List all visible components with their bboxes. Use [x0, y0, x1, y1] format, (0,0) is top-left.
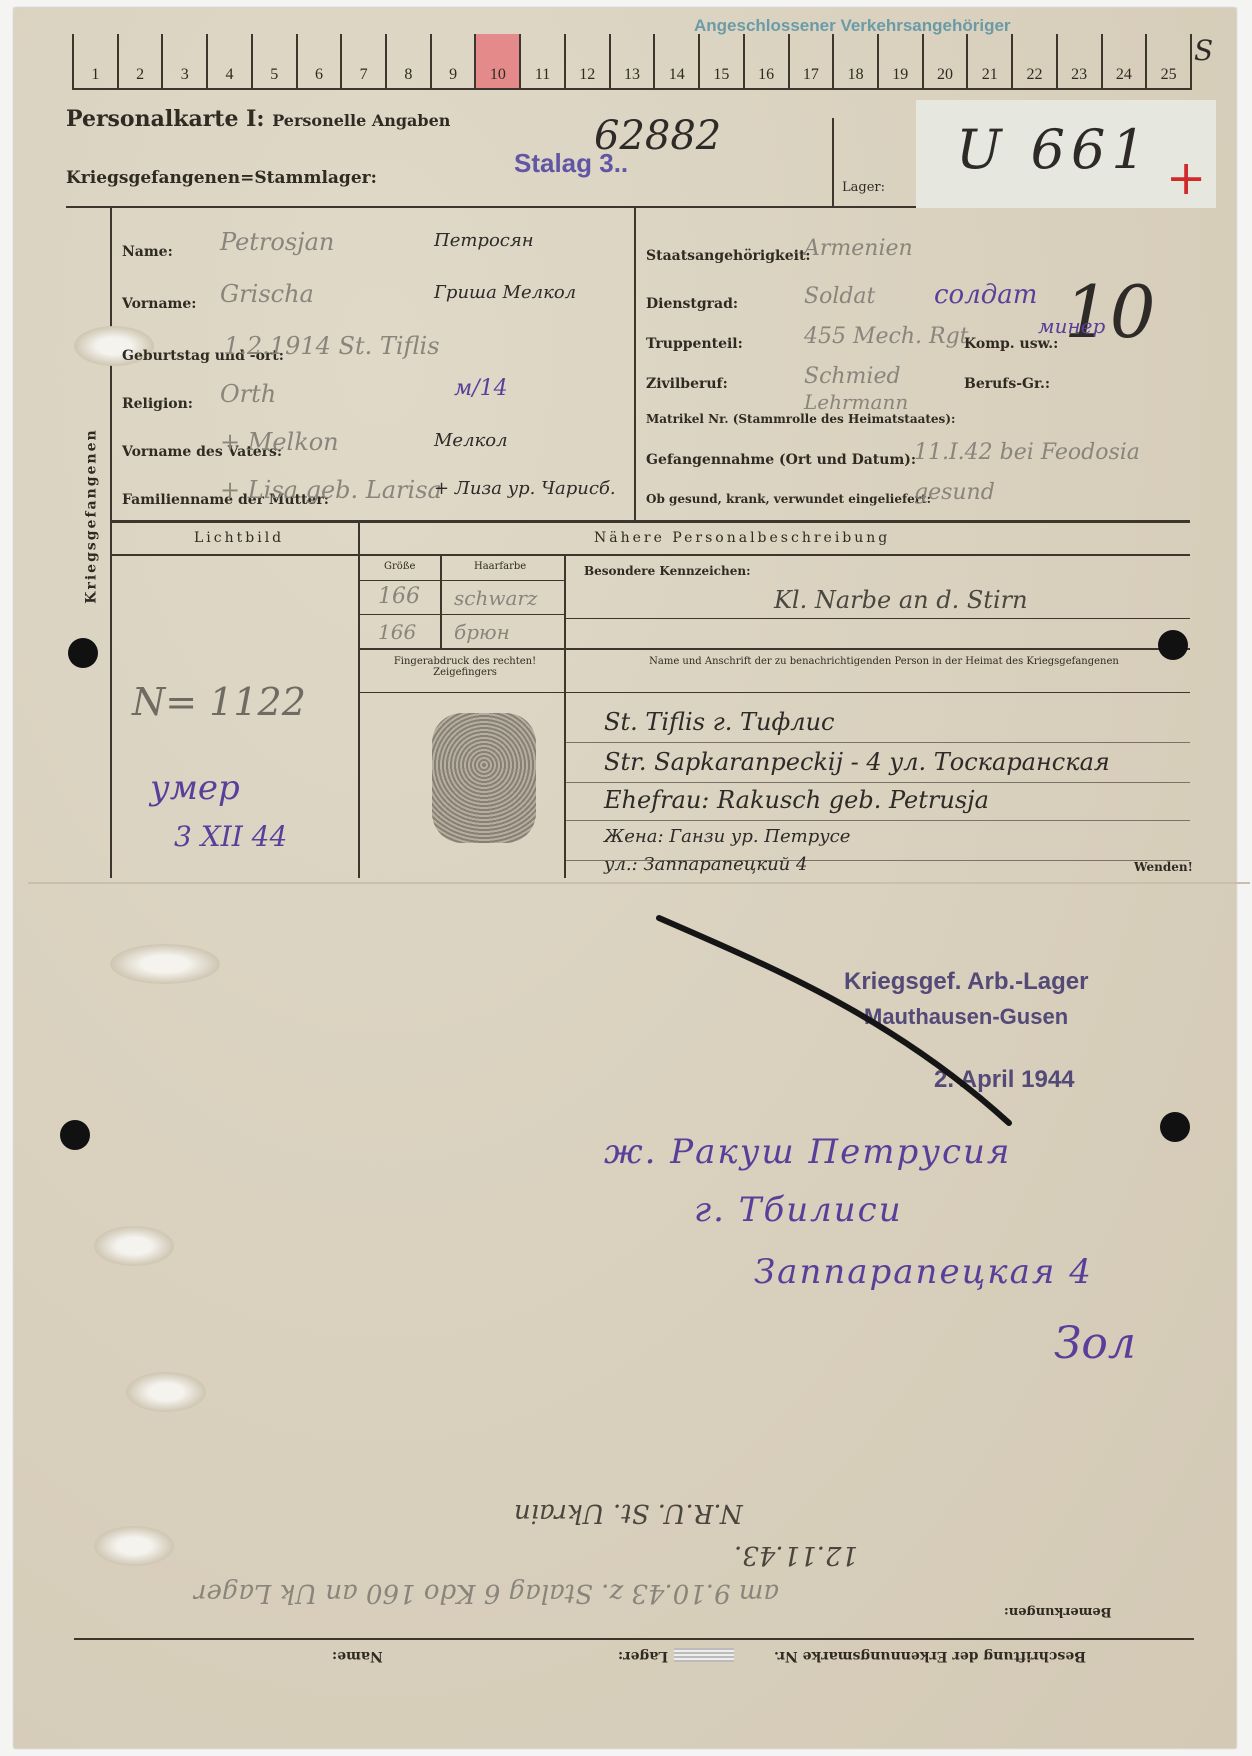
strip-cell-19: 19 [877, 34, 922, 88]
field-value: Petrosjan [220, 228, 334, 256]
field-label: Truppenteil: [646, 336, 743, 352]
height-value: 166 [378, 584, 420, 609]
header-rule [66, 206, 916, 208]
strip-cell-12: 12 [564, 34, 609, 88]
violet-line: Заппарапецкая 4 [754, 1252, 1093, 1292]
field-label: Name: [122, 244, 173, 260]
personnel-card: 1234567891011121314151617181920212223242… [14, 8, 1236, 1748]
fingerprint-image [432, 713, 536, 843]
paper-tear [94, 1226, 174, 1266]
desc-grid-1 [360, 580, 564, 581]
desc-grid-3 [360, 648, 1190, 650]
strip-cell-20: 20 [922, 34, 967, 88]
field-value: Armenien [804, 236, 913, 261]
remarks-value: am 9.10.43 z. Stalag 6 Kdo 160 an Uk Lag… [194, 1578, 779, 1608]
strip-cell-5: 5 [251, 34, 296, 88]
stammlager-label: Kriegsgefangenen=Stammlager: [66, 168, 377, 188]
strip-cell-9: 9 [430, 34, 475, 88]
lager-label: Lager: [842, 180, 885, 195]
contact-label: Name und Anschrift der zu benachrichtige… [614, 656, 1154, 667]
field-value: + Melkon [220, 428, 339, 456]
subtitle-text: Personelle Angaben [272, 111, 450, 130]
hair-value: schwarz [454, 586, 538, 610]
contact-rule [566, 820, 1190, 821]
field-note: Lehrmann [804, 390, 908, 414]
contact-line: Str. Sapkaranpeckij - 4 ул. Тоскаранская [604, 748, 1110, 776]
contact-line: St. Tiflis г. Тифлис [604, 708, 834, 736]
upside-note-2: 12.11.43. [734, 1540, 858, 1570]
death-date: 3 XII 44 [174, 820, 287, 853]
strip-cell-7: 7 [340, 34, 385, 88]
strip-cell-10: 10 [474, 34, 519, 88]
title-text: Personalkarte I: [66, 106, 265, 132]
strip-cell-23: 23 [1056, 34, 1101, 88]
desc-col-divider [564, 554, 566, 878]
strip-cell-22: 22 [1011, 34, 1056, 88]
field-value: Soldat [804, 284, 875, 309]
contact-line: ул.: Заппарапецкий 4 [604, 854, 807, 875]
footer-label-1: Beschriftung der Erkennungsmarke Nr. [774, 1648, 1086, 1664]
strip-cell-2: 2 [117, 34, 162, 88]
big-number-right: 10 [1064, 270, 1156, 354]
strip-cell-6: 6 [296, 34, 341, 88]
violet-line: г. Тбилиси [694, 1190, 903, 1230]
strip-cell-17: 17 [788, 34, 833, 88]
footer-rule [74, 1638, 1194, 1640]
field-label: Vorname: [122, 296, 196, 312]
field-value: + Lisa geb. Larisa [220, 476, 442, 504]
footer-stripe [674, 1648, 734, 1662]
number-strip: 1234567891011121314151617181920212223242… [72, 34, 1192, 90]
contact-rule [566, 782, 1190, 783]
lager-divider [832, 118, 834, 208]
sticker-number: U 661 [956, 118, 1152, 181]
card-title: Personalkarte I: Personelle Angaben [66, 106, 450, 132]
field-value-alt: солдат [934, 280, 1037, 310]
pen-strike-line [654, 908, 1034, 1128]
size-divider [440, 554, 442, 650]
paper-tear [126, 1372, 206, 1412]
desc-grid-2 [360, 614, 564, 615]
punch-hole [68, 638, 98, 668]
field-value: Schmied [804, 364, 901, 389]
strip-cell-14: 14 [653, 34, 698, 88]
paper-tear [110, 944, 220, 984]
field-value-alt: + Лиза ур. Чарисб. [434, 478, 616, 499]
photo-divider [358, 522, 360, 878]
fp-rule [360, 692, 564, 693]
strip-cell-8: 8 [385, 34, 430, 88]
mid-divider [634, 208, 636, 522]
col-hair-label: Haarfarbe [474, 561, 526, 572]
field-value: Orth [220, 380, 276, 408]
field-label: Gefangennahme (Ort und Datum): [646, 452, 916, 468]
upside-note-1: N.R.U. St. Ukrain [514, 1498, 743, 1528]
strip-cell-25: 25 [1145, 34, 1192, 88]
paper-tear [94, 1526, 174, 1566]
strip-cell-3: 3 [161, 34, 206, 88]
punch-hole [1160, 1112, 1190, 1142]
field-value-alt: Гриша Мелкол [434, 282, 576, 303]
field-value-alt: Мелкол [434, 430, 508, 451]
contact-line: Жена: Ганзи ур. Петрусе [604, 826, 850, 847]
field-extra-value: минер [1038, 314, 1105, 338]
remarks-label: Bemerkungen: [1004, 1604, 1112, 1619]
field-note: м/14 [454, 376, 508, 401]
field-extra-label: Berufs-Gr.: [964, 376, 1050, 392]
punch-hole [1158, 630, 1188, 660]
field-label: Religion: [122, 396, 193, 412]
field-value: 11.I.42 bei Feodosia [914, 440, 1140, 465]
signature: Зол [1054, 1318, 1136, 1369]
field-label: Dienstgrad: [646, 296, 738, 312]
red-mark: + [1166, 150, 1206, 206]
description-title: Nähere Personalbeschreibung [594, 530, 890, 546]
strip-cell-1: 1 [72, 34, 117, 88]
death-note: умер [150, 768, 240, 808]
height-value-alt: 166 [378, 620, 416, 644]
stalag-number-handwritten: 62882 [594, 113, 721, 159]
fingerprint-label: Fingerabdruck des rechten! Zeigefingers [370, 656, 560, 678]
strip-cell-15: 15 [698, 34, 743, 88]
field-value-alt: Петросян [434, 230, 534, 251]
number-sticker: U 661 + [916, 100, 1216, 208]
corner-mark: S [1194, 34, 1213, 67]
footer-label-3: Name: [332, 1648, 383, 1664]
photo-number: N= 1122 [132, 680, 306, 724]
strip-cell-21: 21 [966, 34, 1011, 88]
punch-hole [60, 1120, 90, 1150]
field-label: Matrikel Nr. (Stammrolle des Heimatstaat… [646, 412, 955, 426]
strip-cell-16: 16 [743, 34, 788, 88]
field-value: 455 Mech. Rgt [804, 324, 969, 349]
field-value: Grischa [220, 280, 314, 308]
strip-cell-13: 13 [609, 34, 654, 88]
strip-cell-24: 24 [1101, 34, 1146, 88]
contact-rule [566, 692, 1190, 693]
field-label: Staatsangehörigkeit: [646, 248, 811, 264]
hair-value-alt: брюн [454, 620, 510, 644]
col-height-label: Größe [384, 561, 415, 572]
field-value: 1.2.1914 St. Tiflis [224, 332, 440, 360]
wenden-label: Wenden! [1134, 860, 1193, 874]
strip-cell-11: 11 [519, 34, 564, 88]
field-label: Ob gesund, krank, verwundet eingeliefert… [646, 492, 931, 506]
left-frame [110, 208, 112, 878]
top-faded-stamp: Angeschlossener Verkehrsangehöriger [694, 16, 1011, 36]
violet-line: ж. Ракуш Петрусия [604, 1132, 1011, 1172]
fold-line [28, 882, 1250, 884]
photo-rule [110, 554, 358, 556]
desc-rule [360, 554, 1190, 556]
field-label: Zivilberuf: [646, 376, 728, 392]
photo-label: Lichtbild [194, 530, 284, 546]
marks-label: Besondere Kennzeichen: [584, 564, 751, 578]
contact-line: Ehefrau: Rakusch geb. Petrusja [604, 786, 989, 814]
contact-rule [566, 742, 1190, 743]
marks-rule [566, 618, 1190, 619]
side-label: Kriegsgefangenen [84, 428, 100, 603]
section-rule [110, 520, 1190, 523]
strip-cell-4: 4 [206, 34, 251, 88]
field-extra-label: Komp. usw.: [964, 336, 1058, 352]
footer-label-2: Lager: [618, 1648, 668, 1664]
strip-cell-18: 18 [832, 34, 877, 88]
marks-value: Kl. Narbe an d. Stirn [774, 586, 1028, 614]
field-value: gesund [914, 480, 995, 505]
